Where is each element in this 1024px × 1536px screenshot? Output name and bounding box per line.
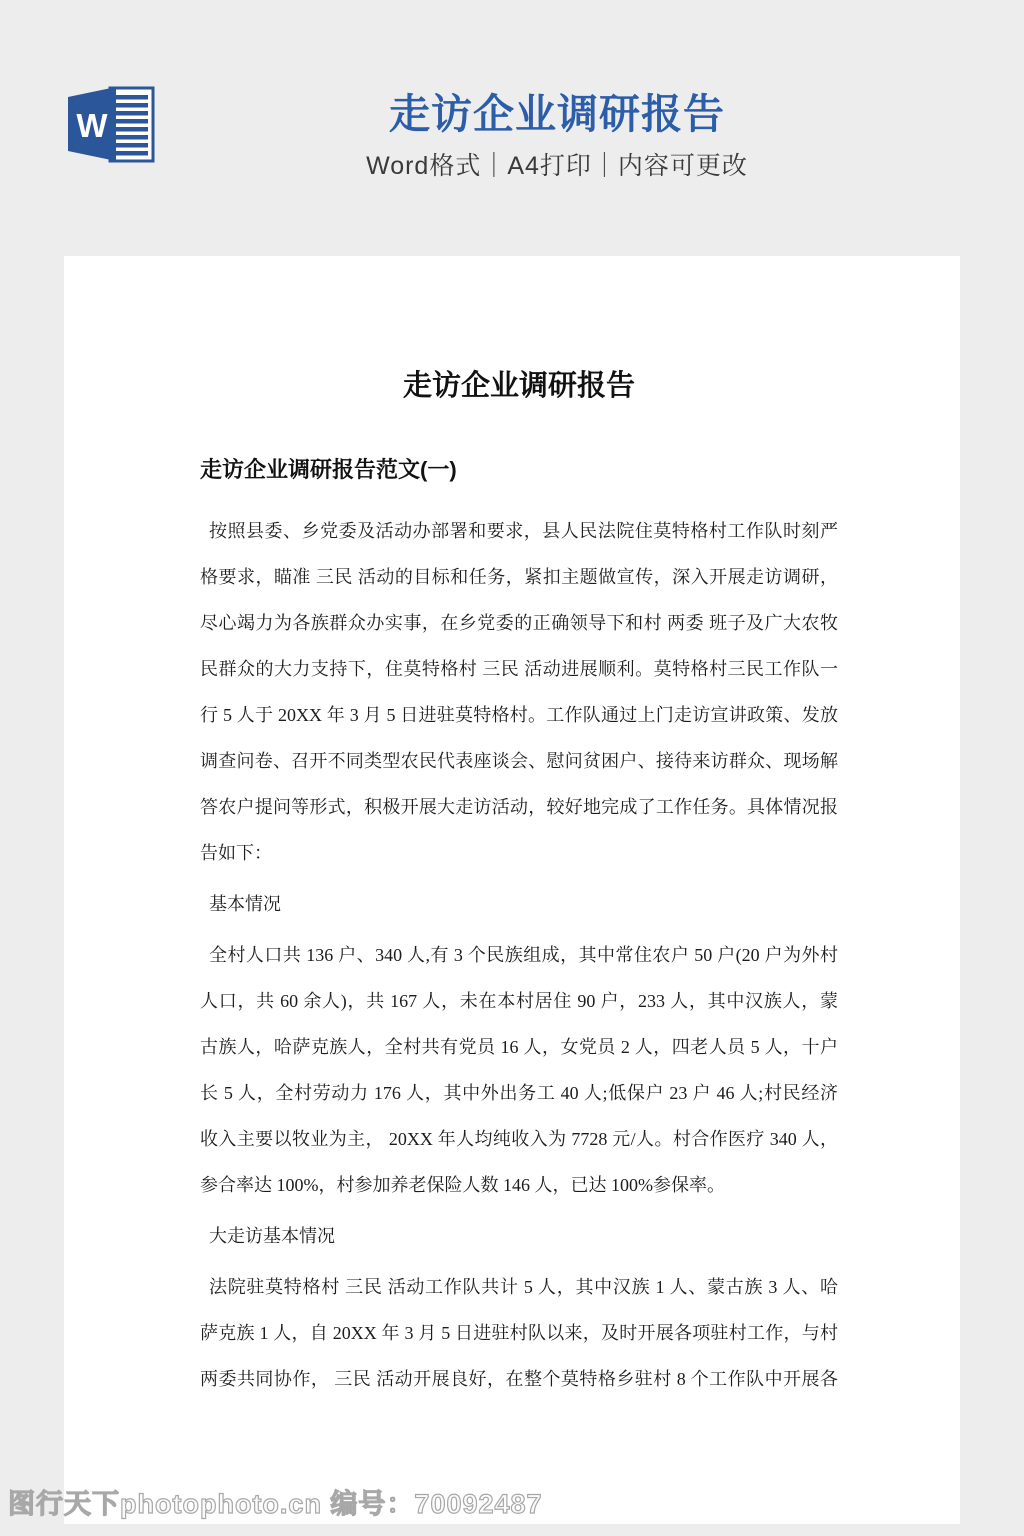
document-line: 法院驻莫特格村 三民 活动工作队共计 5 人，其中汉族 1 人、蒙古族 3 人、… (200, 1264, 838, 1310)
document-section-heading: 走访企业调研报告范文(一) (200, 454, 838, 486)
document-line: 古族人，哈萨克族人，全村共有党员 16 人，女党员 2 人，四老人员 5 人，十… (200, 1024, 838, 1070)
document-line: 全村人口共 136 户、340 人,有 3 个民族组成，其中常住农户 50 户(… (200, 932, 838, 978)
template-title: 走访企业调研报告 (297, 90, 817, 138)
document-subheading: 大走访基本情况 (200, 1213, 838, 1259)
document-line: 答农户提问等形式，积极开展大走访活动，较好地完成了工作任务。具体情况报 (200, 784, 838, 830)
document-line: 按照县委、乡党委及活动办部署和要求，县人民法院住莫特格村工作队时刻严 (200, 508, 838, 554)
document-line: 两委共同协作， 三民 活动开展良好，在整个莫特格乡驻村 8 个工作队中开展各 (200, 1356, 838, 1402)
svg-text:W: W (76, 107, 108, 144)
document-line: 民群众的大力支持下，住莫特格村 三民 活动进展顺利。莫特格村三民工作队一 (200, 646, 838, 692)
document-blocks: 走访企业调研报告范文(一)按照县委、乡党委及活动办部署和要求，县人民法院住莫特格… (200, 454, 838, 1402)
watermark: 图行天下photophoto.cn 编号：70092487 (8, 1482, 543, 1521)
template-subtitle: Word格式｜A4打印｜内容可更改 (297, 151, 817, 181)
header-text-block: 走访企业调研报告 Word格式｜A4打印｜内容可更改 (297, 90, 817, 181)
document-paragraph: 法院驻莫特格村 三民 活动工作队共计 5 人，其中汉族 1 人、蒙古族 3 人、… (200, 1264, 838, 1402)
document-line: 格要求，瞄准 三民 活动的目标和任务，紧扣主题做宣传，深入开展走访调研， (200, 554, 838, 600)
document-line: 人口，共 60 余人)，共 167 人，未在本村居住 90 户，233 人，其中… (200, 978, 838, 1024)
document-line: 调查问卷、召开不同类型农民代表座谈会、慰问贫困户、接待来访群众、现场解 (200, 738, 838, 784)
word-icon: W (64, 84, 156, 164)
document-subheading: 基本情况 (200, 881, 838, 927)
document-line: 收入主要以牧业为主， 20XX 年人均纯收入为 7728 元/人。村合作医疗 3… (200, 1116, 838, 1162)
document-paragraph: 全村人口共 136 户、340 人,有 3 个民族组成，其中常住农户 50 户(… (200, 932, 838, 1208)
document-paragraph: 按照县委、乡党委及活动办部署和要求，县人民法院住莫特格村工作队时刻严格要求，瞄准… (200, 508, 838, 876)
document-content: 走访企业调研报告 走访企业调研报告范文(一)按照县委、乡党委及活动办部署和要求，… (64, 256, 960, 1402)
document-line: 长 5 人，全村劳动力 176 人，其中外出务工 40 人;低保户 23 户 4… (200, 1070, 838, 1116)
document-title: 走访企业调研报告 (200, 364, 838, 408)
document-line: 萨克族 1 人，自 20XX 年 3 月 5 日进驻村队以来，及时开展各项驻村工… (200, 1310, 838, 1356)
document-line: 行 5 人于 20XX 年 3 月 5 日进驻莫特格村。工作队通过上门走访宣讲政… (200, 692, 838, 738)
document-line: 参合率达 100%，村参加养老保险人数 146 人，已达 100%参保率。 (200, 1162, 838, 1208)
document-page: 走访企业调研报告 走访企业调研报告范文(一)按照县委、乡党委及活动办部署和要求，… (64, 256, 960, 1524)
document-line: 告如下： (200, 830, 838, 876)
document-line: 尽心竭力为各族群众办实事，在乡党委的正确领导下和村 两委 班子及广大农牧 (200, 600, 838, 646)
